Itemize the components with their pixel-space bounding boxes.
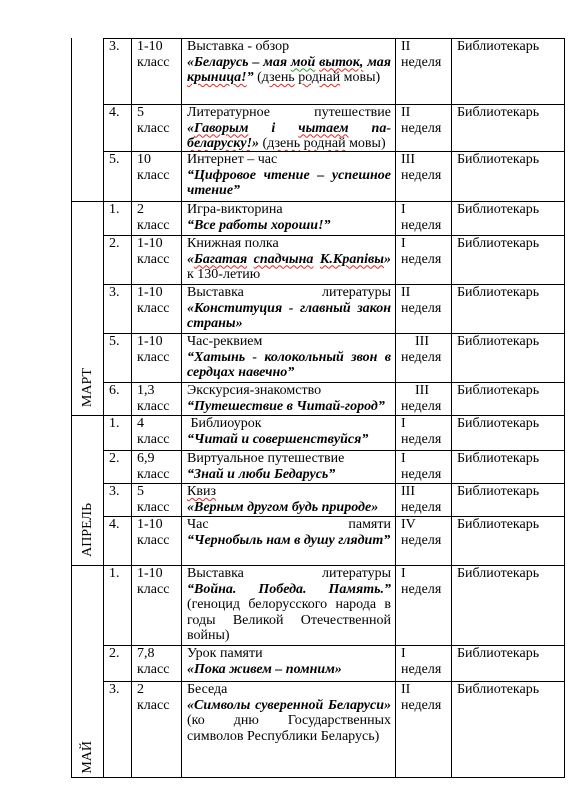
row-number: 2. [103, 450, 132, 484]
grade-cell: 7,8класс [131, 645, 182, 682]
grade-line: класс [137, 399, 177, 415]
event-cell: Выставка - обзор«Беларусь – мая мой выто… [181, 38, 396, 105]
event-text: беларуску! [187, 136, 252, 151]
event-title: «Пока живем – помним» [187, 662, 391, 678]
month-cell [71, 38, 104, 202]
row-number: 1. [103, 565, 132, 646]
event-text: Час памяти [187, 517, 391, 532]
week-line: неделя [401, 399, 447, 415]
event-title: «Верным другом будь природе» [187, 500, 391, 516]
event-text: “Путешествие в Читай-город” [187, 399, 385, 414]
grade-line: 10 [137, 152, 177, 168]
week-cell: IIIнеделя [395, 382, 452, 416]
event-text: Час-реквием [187, 334, 262, 349]
grade-cell: 5класс [131, 483, 182, 517]
event-title: “Знай и люби Бедарусь” [187, 467, 391, 483]
grade-cell: 10класс [131, 151, 182, 202]
week-line: II [401, 39, 447, 55]
responsible-cell: Библиотекарь [451, 382, 565, 416]
grade-line: класс [137, 301, 177, 317]
event-title: «Гаворым і чытаем па-беларуску!» (дзень … [187, 121, 391, 152]
month-name: МАЙ [80, 741, 95, 774]
week-cell: IIнеделя [395, 38, 452, 105]
event-text: Интернет – час [187, 152, 277, 167]
row-number: 5. [103, 333, 132, 383]
event-text: дзень [267, 136, 300, 151]
event-cell: Экскурсия-знакомство“Путешествие в Читай… [181, 382, 396, 416]
responsible-cell: Библиотекарь [451, 235, 565, 285]
grade-line: класс [137, 432, 177, 448]
row-number: 3. [103, 284, 132, 334]
event-cell: Книжная полка«Багатая спадчына К.Крапівы… [181, 235, 396, 285]
week-cell: IIнеделя [395, 284, 452, 334]
week-cell: IIIнеделя [395, 333, 452, 383]
grade-line: 1,3 [137, 383, 177, 399]
grade-cell: 2класс [131, 681, 182, 778]
grade-cell: 1-10класс [131, 284, 182, 334]
week-line: неделя [401, 698, 447, 714]
event-text: і [248, 121, 298, 136]
event-text: » [252, 136, 259, 151]
row-number: 4. [103, 104, 132, 152]
row-number: 1. [103, 415, 132, 451]
month-name: АПРЕЛЬ [80, 503, 95, 557]
event-text: мой [291, 55, 315, 70]
grade-line: класс [137, 218, 177, 234]
grade-line: класс [137, 350, 177, 366]
event-text: Библиоурок [187, 416, 262, 431]
event-text: Урок памяти [187, 646, 263, 661]
row-number: 3. [103, 38, 132, 105]
event-text: (ко дню Государственных символов Республ… [187, 713, 391, 744]
month-cell: АПРЕЛЬ [71, 415, 104, 566]
event-text: ( [259, 136, 267, 151]
week-cell: IVнеделя [395, 516, 452, 566]
week-cell: IIIнеделя [395, 483, 452, 517]
event-text: Беседа [187, 682, 227, 697]
week-line: I [401, 566, 447, 582]
event-title: “Хатынь - колокольный звон в сердцах нав… [187, 350, 391, 381]
week-line: I [401, 451, 447, 467]
month-cell: МАЙ [71, 565, 104, 778]
week-line: неделя [401, 252, 447, 268]
month-label: МАЙ [72, 741, 103, 774]
event-type: Урок памяти [187, 646, 391, 662]
week-line: III [401, 152, 447, 168]
event-type: Выставка литературы [187, 285, 391, 301]
event-text: крыница! [187, 70, 247, 85]
event-text: Литературное путешествие [187, 105, 391, 120]
week-line: неделя [401, 121, 447, 137]
event-text: “Читай и совершенствуйся” [187, 432, 368, 447]
week-cell: Iнеделя [395, 450, 452, 484]
week-cell: Iнеделя [395, 235, 452, 285]
event-text: чытаем [298, 121, 348, 136]
responsible-cell: Библиотекарь [451, 483, 565, 517]
event-title: “Цифровое чтение – успешное чтение” [187, 168, 391, 199]
event-type: Книжная полка [187, 236, 391, 252]
month-label: МАРТ [72, 368, 103, 407]
week-line: неделя [401, 500, 447, 516]
event-text: « [187, 252, 194, 267]
grade-cell: 2класс [131, 201, 182, 236]
event-type: Игра-викторина [187, 202, 391, 218]
grade-cell: 6,9класс [131, 450, 182, 484]
event-title: «Багатая спадчына К.Крапівы» к 130-летию [187, 252, 391, 283]
week-line: III [401, 334, 447, 350]
event-cell: Час-реквием“Хатынь - колокольный звон в … [181, 333, 396, 383]
responsible-cell: Библиотекарь [451, 565, 565, 646]
grade-line: 5 [137, 105, 177, 121]
event-text: Выставка литературы [187, 285, 391, 300]
week-line: I [401, 646, 447, 662]
week-cell: Iнеделя [395, 645, 452, 682]
grade-line: 1-10 [137, 517, 177, 533]
event-type: Выставка литературы [187, 566, 391, 582]
event-text: дзень [262, 70, 295, 85]
responsible-cell: Библиотекарь [451, 201, 565, 236]
event-type: Библиоурок [187, 416, 391, 432]
event-text: » [384, 252, 391, 267]
event-text: “Чернобыль нам в душу глядит” [187, 533, 390, 548]
grade-cell: 4класс [131, 415, 182, 451]
row-number: 3. [103, 681, 132, 778]
event-text: К.Крапівы [320, 252, 384, 267]
responsible-cell: Библиотекарь [451, 333, 565, 383]
grade-line: 6,9 [137, 451, 177, 467]
event-type: Выставка - обзор [187, 39, 391, 55]
row-number: 1. [103, 201, 132, 236]
event-text: Багатая [194, 252, 247, 267]
grade-line: 7,8 [137, 646, 177, 662]
week-line: неделя [401, 218, 447, 234]
event-text: «Символы суверенной Беларуси» [187, 698, 391, 713]
month-cell: МАРТ [71, 201, 104, 416]
event-text: “Война. Победа. Память.” [187, 582, 391, 597]
grade-cell: 1-10класс [131, 565, 182, 646]
event-cell: Литературное путешествие«Гаворым і чытае… [181, 104, 396, 152]
row-number: 2. [103, 235, 132, 285]
grade-cell: 1-10класс [131, 516, 182, 566]
grade-line: 4 [137, 416, 177, 432]
event-text: роднай [298, 70, 340, 85]
event-text: мовы) [340, 70, 380, 85]
week-line: неделя [401, 432, 447, 448]
event-title: “Война. Победа. Память.” (геноцид белору… [187, 582, 391, 644]
event-title: “Читай и совершенствуйся” [187, 432, 391, 448]
week-line: IV [401, 517, 447, 533]
event-title: «Символы суверенной Беларуси» (ко дню Го… [187, 698, 391, 745]
week-line: I [401, 416, 447, 432]
week-line: неделя [401, 467, 447, 483]
responsible-cell: Библиотекарь [451, 284, 565, 334]
grade-line: 1-10 [137, 39, 177, 55]
event-text: “Все работы хороши!” [187, 218, 331, 233]
responsible-cell: Библиотекарь [451, 681, 565, 778]
week-cell: IIнеделя [395, 104, 452, 152]
grade-cell: 1-10класс [131, 235, 182, 285]
grade-cell: 1,3класс [131, 382, 182, 416]
grade-line: 2 [137, 202, 177, 218]
event-text: “Цифровое чтение – успешное чтение” [187, 168, 391, 199]
grade-line: 1-10 [137, 334, 177, 350]
week-line: неделя [401, 533, 447, 549]
row-number: 5. [103, 151, 132, 202]
event-text: выток, [319, 55, 363, 70]
event-cell: Игра-викторина“Все работы хороши!” [181, 201, 396, 236]
event-text: Книжная полка [187, 236, 279, 251]
week-line: I [401, 236, 447, 252]
event-cell: Урок памяти«Пока живем – помним» [181, 645, 396, 682]
event-text: Выставка литературы [187, 566, 391, 581]
event-title: “Чернобыль нам в душу глядит” [187, 533, 391, 549]
row-number: 4. [103, 516, 132, 566]
event-cell: Выставка литературы“Война. Победа. Памят… [181, 565, 396, 646]
event-type: Час памяти [187, 517, 391, 533]
grade-line: 5 [137, 484, 177, 500]
grade-line: 1-10 [137, 566, 177, 582]
week-cell: Iнеделя [395, 201, 452, 236]
event-text: «Беларусь – мая [187, 55, 291, 70]
grade-line: класс [137, 168, 177, 184]
responsible-cell: Библиотекарь [451, 415, 565, 451]
row-number: 2. [103, 645, 132, 682]
event-text: па- [349, 121, 391, 136]
event-text: « [187, 121, 194, 136]
event-type: Литературное путешествие [187, 105, 391, 121]
week-line: неделя [401, 582, 447, 598]
event-cell: Виртуальное путешествие“Знай и люби Беда… [181, 450, 396, 484]
event-type: Беседа [187, 682, 391, 698]
responsible-cell: Библиотекарь [451, 645, 565, 682]
grade-line: 1-10 [137, 285, 177, 301]
week-cell: Iнеделя [395, 415, 452, 451]
week-line: неделя [401, 350, 447, 366]
grade-line: класс [137, 252, 177, 268]
responsible-cell: Библиотекарь [451, 450, 565, 484]
grade-line: класс [137, 698, 177, 714]
event-type: Виртуальное путешествие [187, 451, 391, 467]
row-number: 6. [103, 382, 132, 416]
week-cell: IIIнеделя [395, 151, 452, 202]
event-text: спадчына [254, 252, 314, 267]
responsible-cell: Библиотекарь [451, 151, 565, 202]
grade-cell: 1-10класс [131, 333, 182, 383]
week-line: II [401, 682, 447, 698]
grade-line: 1-10 [137, 236, 177, 252]
responsible-cell: Библиотекарь [451, 516, 565, 566]
event-text: Экскурсия-знакомство [187, 383, 321, 398]
event-text: «Верным другом будь природе» [187, 500, 378, 515]
month-label: АПРЕЛЬ [72, 503, 103, 557]
week-line: неделя [401, 301, 447, 317]
grade-cell: 1-10класс [131, 38, 182, 105]
event-cell: Выставка литературы«Конституция - главны… [181, 284, 396, 334]
event-title: «Конституция - главный закон страны» [187, 301, 391, 332]
week-line: III [401, 484, 447, 500]
event-cell: Час памяти“Чернобыль нам в душу глядит” [181, 516, 396, 566]
week-cell: IIнеделя [395, 681, 452, 778]
responsible-cell: Библиотекарь [451, 38, 565, 105]
event-text: роднай [304, 136, 346, 151]
event-type: Квиз [187, 484, 391, 500]
event-type: Экскурсия-знакомство [187, 383, 391, 399]
event-text: Виртуальное путешествие [187, 451, 344, 466]
week-line: неделя [401, 55, 447, 71]
event-text: «Пока живем – помним» [187, 662, 342, 677]
event-text: к 130-летию [187, 267, 260, 282]
row-number: 3. [103, 483, 132, 517]
event-title: «Беларусь – мая мой выток, мая крыница!”… [187, 55, 391, 86]
month-name: МАРТ [80, 368, 95, 407]
responsible-cell: Библиотекарь [451, 104, 565, 152]
event-cell: Беседа«Символы суверенной Беларуси» (ко … [181, 681, 396, 778]
week-line: II [401, 105, 447, 121]
week-line: неделя [401, 168, 447, 184]
week-line: неделя [401, 662, 447, 678]
event-type: Интернет – час [187, 152, 391, 168]
event-text: мая [363, 55, 391, 70]
grade-line: класс [137, 533, 177, 549]
event-text: Игра-викторина [187, 202, 283, 217]
event-text: (геноцид белорусского народа в годы Вели… [187, 597, 391, 643]
event-title: “Все работы хороши!” [187, 218, 391, 234]
grade-line: класс [137, 467, 177, 483]
week-line: II [401, 285, 447, 301]
grade-line: класс [137, 582, 177, 598]
event-text: Квиз [187, 484, 216, 499]
event-text: ” [247, 70, 254, 85]
event-text: мовы) [346, 136, 386, 151]
event-cell: Библиоурок“Читай и совершенствуйся” [181, 415, 396, 451]
event-text: Гаворым [194, 121, 248, 136]
week-line: III [401, 383, 447, 399]
event-cell: Интернет – час“Цифровое чтение – успешно… [181, 151, 396, 202]
event-title: “Путешествие в Читай-город” [187, 399, 391, 415]
event-text: «Конституция - главный закон страны» [187, 301, 391, 332]
events-plan-table: 3.1-10классВыставка - обзор«Беларусь – м… [0, 0, 584, 792]
grade-line: класс [137, 662, 177, 678]
grade-line: класс [137, 121, 177, 137]
week-cell: Iнеделя [395, 565, 452, 646]
grade-line: класс [137, 500, 177, 516]
event-type: Час-реквием [187, 334, 391, 350]
week-line: I [401, 202, 447, 218]
grade-line: 2 [137, 682, 177, 698]
grade-cell: 5класс [131, 104, 182, 152]
event-text: “Хатынь - колокольный звон в сердцах нав… [187, 350, 391, 381]
event-text: “Знай и люби Бедарусь” [187, 467, 335, 482]
event-text: ( [254, 70, 262, 85]
event-cell: Квиз«Верным другом будь природе» [181, 483, 396, 517]
event-text: Выставка - обзор [187, 39, 289, 54]
grade-line: класс [137, 55, 177, 71]
